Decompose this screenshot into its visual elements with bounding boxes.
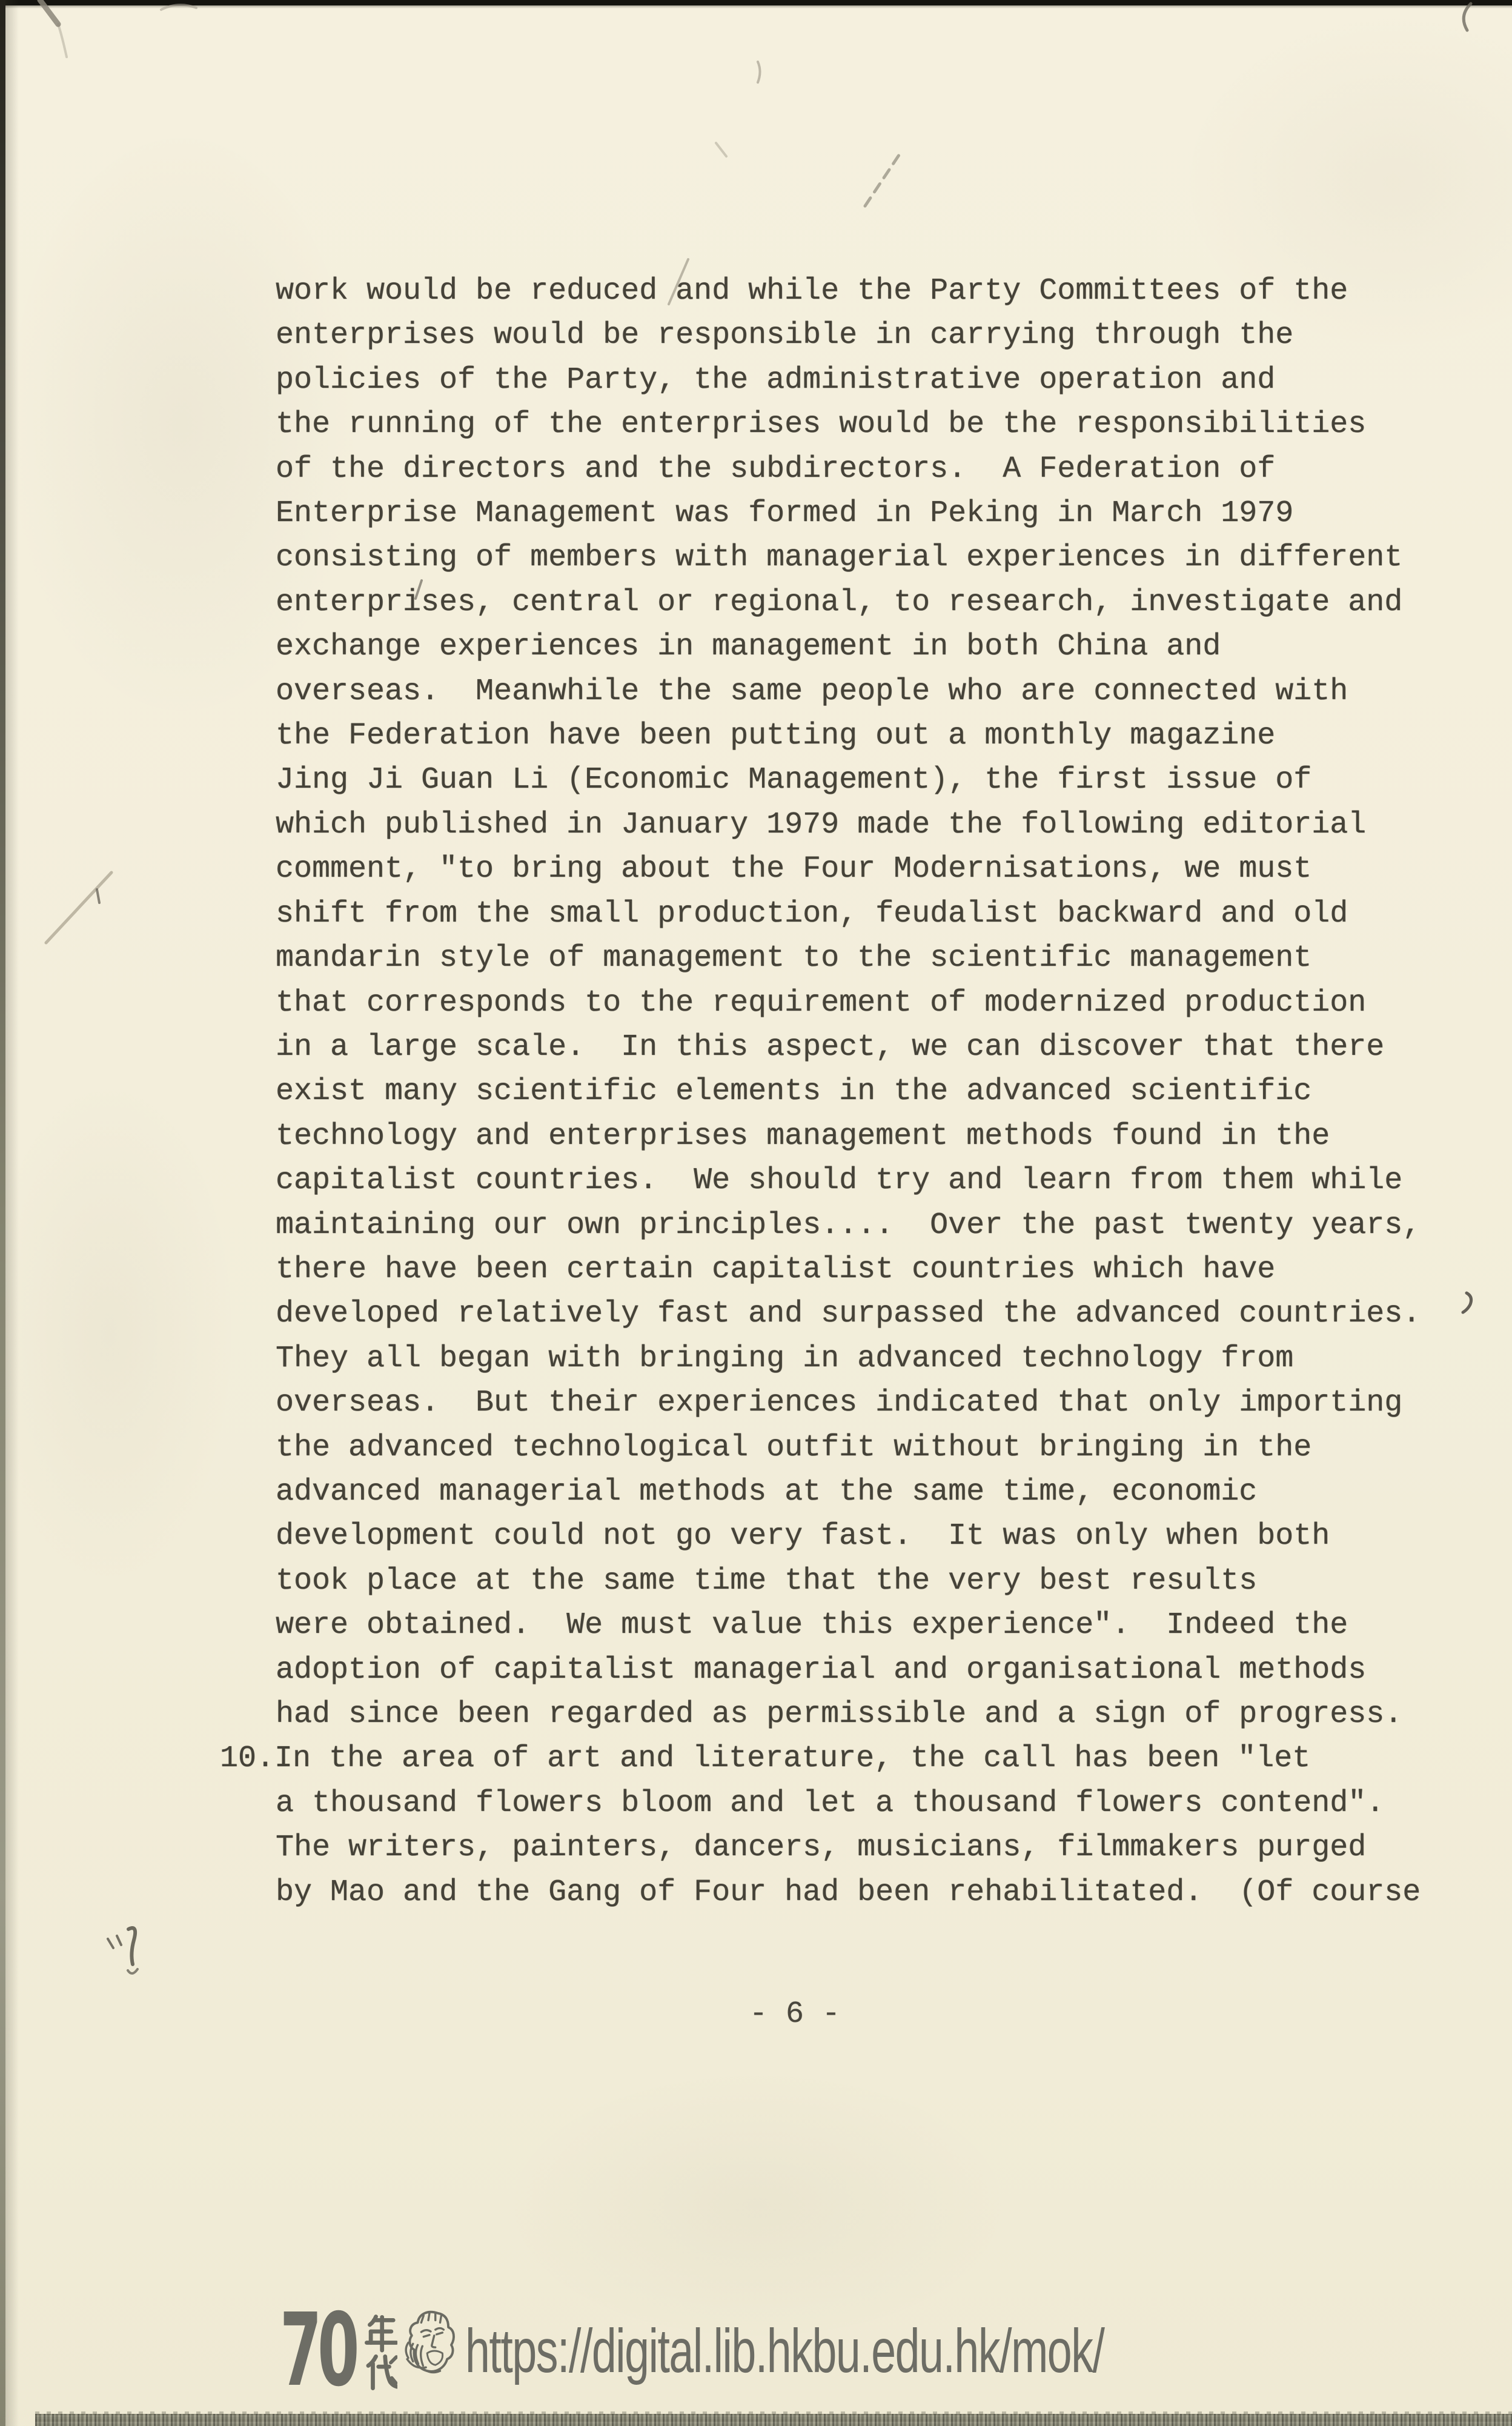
scanned-document-page: work would be reduced and while the Part… (0, 0, 1512, 2426)
text-line: capitalist countries. We should try and … (276, 1158, 1421, 1203)
text-line: comment, "to bring about the Four Modern… (276, 847, 1421, 891)
text-line: advanced managerial methods at the same … (276, 1470, 1421, 1514)
text-line: developed relatively fast and surpassed … (276, 1292, 1421, 1336)
text-line: They all began with bringing in advanced… (276, 1337, 1421, 1381)
scan-edge-top-shadow (0, 5, 1512, 8)
text-line: that corresponds to the requirement of m… (276, 981, 1421, 1025)
text-line: technology and enterprises management me… (276, 1114, 1421, 1158)
ink-mark (128, 1969, 138, 1973)
text-line: adoption of capitalist managerial and or… (276, 1648, 1421, 1692)
text-line: work would be reduced and while the Part… (276, 269, 1421, 313)
scan-edge-left-shadow (5, 0, 19, 2426)
text-line: Enterprise Management was formed in Peki… (276, 491, 1421, 536)
niandai-cjk-icon (365, 2308, 397, 2394)
text-line: The writers, painters, dancers, musician… (276, 1826, 1421, 1870)
page-number: - 6 - (749, 1992, 840, 2036)
text-line: the running of the enterprises would be … (276, 402, 1421, 447)
pencil-mark (865, 150, 903, 206)
text-line-paragraph-10: 10.In the area of art and literature, th… (276, 1736, 1421, 1781)
seventies-logo: 70 (280, 2305, 365, 2396)
ink-mark (128, 1928, 135, 1964)
text-line: the advanced technological outfit withou… (276, 1426, 1421, 1470)
pencil-mark (758, 62, 760, 82)
text-line: enterprises, central or regional, to res… (276, 580, 1421, 625)
text-line: exist many scientific elements in the ad… (276, 1069, 1421, 1114)
ink-mark (108, 1939, 113, 1948)
text-line: maintaining our own principles.... Over … (276, 1203, 1421, 1248)
text-line: development could not go very fast. It w… (276, 1514, 1421, 1558)
text-line: the Federation have been putting out a m… (276, 714, 1421, 758)
text-line: took place at the same time that the ver… (276, 1559, 1421, 1603)
text-line: Jing Ji Guan Li (Economic Management), t… (276, 758, 1421, 802)
text-line: exchange experiences in management in bo… (276, 625, 1421, 669)
text-line: overseas. But their experiences indicate… (276, 1381, 1421, 1425)
ink-mark (1463, 1293, 1471, 1312)
text-line: were obtained. We must value this experi… (276, 1603, 1421, 1647)
text-line: mandarin style of management to the scie… (276, 936, 1421, 980)
text-line: consisting of members with managerial ex… (276, 536, 1421, 580)
text-line: had since been regarded as permissible a… (276, 1692, 1421, 1736)
text-line: by Mao and the Gang of Four had been reh… (276, 1870, 1421, 1915)
text-line: overseas. Meanwhile the same people who … (276, 670, 1421, 714)
text-line: of the directors and the subdirectors. A… (276, 447, 1421, 491)
text-line: a thousand flowers bloom and let a thous… (276, 1781, 1421, 1826)
scan-edge-top (0, 0, 1512, 5)
library-watermark: 70 (280, 2301, 1353, 2401)
pencil-mark (716, 143, 726, 156)
seventies-logo-text: 70 (280, 2305, 355, 2396)
scan-edge-bottom-fuzz (35, 2411, 1512, 2415)
pencil-mark (46, 872, 111, 943)
watermark-url: https://digital.lib.hkbu.edu.hk/mok/ (465, 2316, 1104, 2387)
text-line: which published in January 1979 made the… (276, 803, 1421, 847)
text-line: policies of the Party, the administrativ… (276, 358, 1421, 402)
scan-edge-left (0, 0, 5, 2426)
typewritten-text-block: work would be reduced and while the Part… (276, 269, 1421, 1915)
text-line: there have been certain capitalist count… (276, 1248, 1421, 1292)
pencil-mark (58, 24, 67, 57)
text-line: shift from the small production, feudali… (276, 892, 1421, 936)
pencil-mark (97, 889, 99, 903)
ink-mark (117, 1936, 121, 1945)
shouting-face-icon (401, 2308, 458, 2393)
text-line: enterprises would be responsible in carr… (276, 313, 1421, 357)
scan-edge-bottom (35, 2414, 1512, 2426)
text-line: in a large scale. In this aspect, we can… (276, 1025, 1421, 1069)
